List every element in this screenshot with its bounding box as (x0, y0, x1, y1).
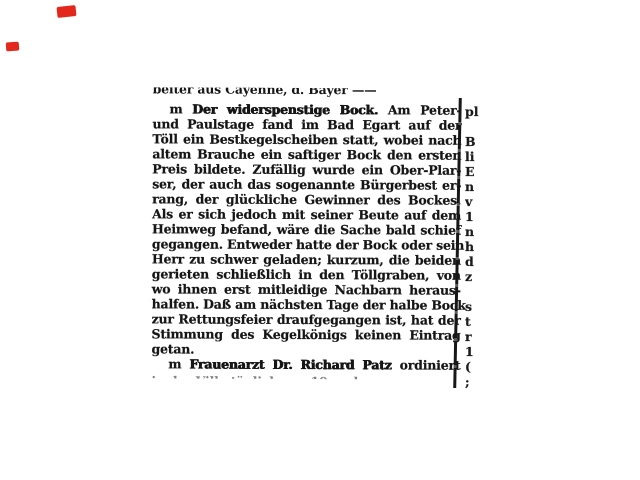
article-line: getan. (151, 341, 460, 357)
line-text: m (168, 356, 189, 371)
article-line: m Frauenarzt Dr. Richard Patz ordiniert (151, 356, 460, 372)
fragment-glyph: d (465, 254, 479, 269)
fragment-glyph: h (465, 239, 479, 254)
line-text: wo ihnen erst mitleidige Nachbarn heraus… (152, 281, 461, 297)
article-line: gegangen. Entweder hatte der Bock oder s… (152, 236, 461, 252)
fragment-glyph: 1 (465, 344, 479, 359)
fragment-glyph: li (465, 149, 479, 164)
fragment-glyph: t (465, 314, 479, 329)
article-line: Heimweg befand, wäre die Sache bald schi… (152, 221, 461, 237)
article-line: wo ihnen erst mitleidige Nachbarn heraus… (152, 281, 461, 297)
clipped-line-bottom: in der Villa täglich von 10 und von (151, 373, 460, 379)
line-text: halfen. Daß am nächsten Tage der halbe B… (152, 296, 466, 312)
article-line: Als er sich jedoch mit seiner Beute auf … (152, 206, 461, 222)
fragment-glyph: ( (465, 359, 479, 374)
article-line: Töll ein Bestkegelscheiben statt, wobei … (152, 131, 461, 147)
line-text: gegangen. Entweder hatte der Bock oder s… (152, 236, 464, 252)
line-text: Stimmung des Kegelkönigs keinen Eintrag (152, 326, 461, 342)
line-text: ser, der auch das sogenannte Bürgerbest … (152, 176, 461, 192)
line-text: Heimweg befand, wäre die Sache bald schi… (152, 221, 461, 237)
article-line: m Der widerspenstige Bock. Am Peter- (153, 101, 462, 117)
clipped-line-bottom-text: in der Villa täglich von 10 und von (151, 373, 460, 379)
fragment-glyph: pl (465, 104, 479, 119)
fragment-glyph: s (465, 299, 479, 314)
article-line: altem Brauche ein saftiger Bock den erst… (152, 146, 461, 162)
line-text: Preis bildete. Zufällig wurde ein Ober-P… (152, 161, 461, 177)
line-text: rang, der glückliche Gewinner des Bockes… (152, 191, 461, 207)
clipped-line-top-text: beiter aus Cayenne, d. Bayer —— (153, 87, 462, 97)
fragment-glyph: ; (465, 374, 479, 389)
red-ink-mark-2 (6, 42, 20, 52)
fragment-glyph: 1 (465, 209, 479, 224)
line-text: m (170, 101, 193, 116)
line-text: ordiniert (392, 357, 461, 372)
adjacent-column-fragments: plBliEnv1nhdzstr1(; (465, 104, 479, 389)
fragment-glyph: B (465, 134, 479, 149)
article-line: Herr zu schwer geladen; kurzum, die beid… (152, 251, 461, 267)
article-line: Stimmung des Kegelkönigs keinen Eintrag (152, 326, 461, 342)
article-line: Preis bildete. Zufällig wurde ein Ober-P… (152, 161, 461, 177)
fragment-glyph: v (465, 194, 479, 209)
newspaper-scan: beiter aus Cayenne, d. Bayer —— m Der wi… (0, 0, 640, 480)
fragment-glyph (465, 119, 479, 134)
article-lines: m Der widerspenstige Bock. Am Peter-und … (151, 101, 461, 372)
fragment-glyph (465, 284, 479, 299)
fragment-glyph: z (465, 269, 479, 284)
article-line: ser, der auch das sogenannte Bürgerbest … (152, 176, 461, 192)
line-text: getan. (151, 341, 194, 356)
line-text: Als er sich jedoch mit seiner Beute auf … (152, 206, 461, 222)
article-line: rang, der glückliche Gewinner des Bockes… (152, 191, 461, 207)
bold-catchline: Frauenarzt Dr. Richard Patz (189, 356, 391, 372)
article-line: und Paulstage fand im Bad Egart auf der (152, 116, 461, 132)
fragment-glyph: n (465, 224, 479, 239)
line-text: Töll ein Bestkegelscheiben statt, wobei … (152, 131, 461, 147)
line-text: altem Brauche ein saftiger Bock den erst… (152, 146, 461, 162)
fragment-glyph: r (465, 329, 479, 344)
line-text: und Paulstage fand im Bad Egart auf der (152, 116, 461, 132)
fragment-glyph: n (465, 179, 479, 194)
article-line: halfen. Daß am nächsten Tage der halbe B… (152, 296, 461, 312)
fragment-glyph: E (465, 164, 479, 179)
red-ink-mark-1 (56, 5, 76, 18)
line-text: Am Peter- (378, 102, 461, 117)
line-text: Herr zu schwer geladen; kurzum, die beid… (152, 251, 461, 267)
line-text: gerieten schließlich in den Töllgraben, … (152, 266, 461, 282)
bold-catchline: Der widerspenstige Bock. (192, 102, 378, 118)
article-line: zur Rettungsfeier draufgegangen ist, hat… (152, 311, 461, 327)
line-text: zur Rettungsfeier draufgegangen ist, hat… (152, 311, 461, 327)
article-line: gerieten schließlich in den Töllgraben, … (152, 266, 461, 282)
article-text-block: beiter aus Cayenne, d. Bayer —— m Der wi… (151, 87, 461, 379)
clipped-line-top: beiter aus Cayenne, d. Bayer —— (153, 87, 462, 100)
